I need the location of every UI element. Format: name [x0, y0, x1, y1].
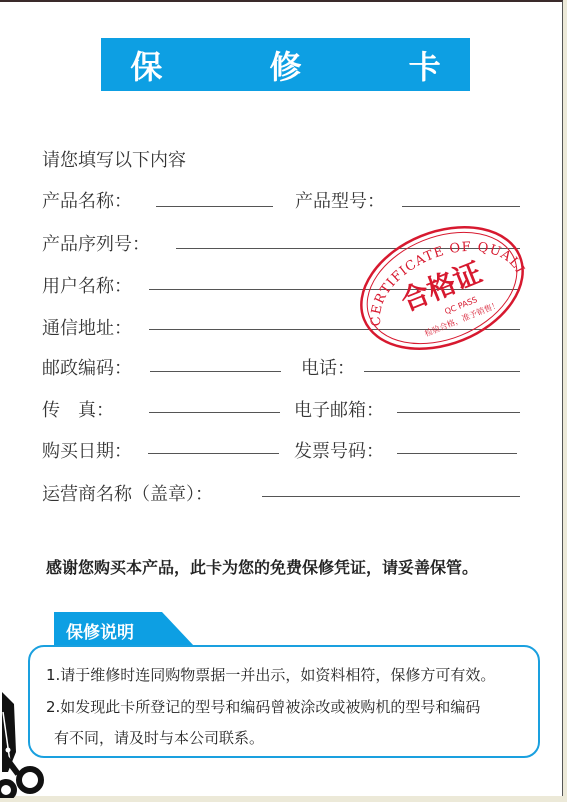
- product-name-label: 产品名称：: [42, 187, 132, 213]
- serial-number-label: 产品序列号：: [42, 230, 150, 256]
- address-label: 通信地址：: [42, 314, 132, 340]
- postal-code-field[interactable]: [150, 371, 281, 372]
- product-model-field[interactable]: [402, 206, 520, 207]
- email-field[interactable]: [397, 412, 520, 413]
- notes-tab: 保修说明: [54, 612, 194, 646]
- postal-code-label: 邮政编码：: [42, 354, 132, 380]
- fax-label: 传 真：: [42, 396, 114, 422]
- scissors-icon: [0, 692, 50, 802]
- email-label: 电子邮箱：: [294, 396, 384, 422]
- operator-name-label: 运营商名称（盖章）：: [42, 480, 213, 506]
- operator-name-field[interactable]: [262, 496, 520, 497]
- page-title: 保 修 卡: [130, 42, 488, 88]
- note-item: 有不同，请及时与本公司联系。: [54, 727, 264, 748]
- purchase-date-label: 购买日期：: [42, 437, 132, 463]
- invoice-number-label: 发票号码：: [294, 437, 384, 463]
- title-banner: 保 修 卡: [101, 38, 470, 91]
- user-name-label: 用户名称：: [42, 272, 132, 298]
- qualification-stamp: CERTIFICATE OF QUALIFICATION 合格证 QC PASS…: [353, 224, 531, 356]
- product-name-field[interactable]: [156, 206, 273, 207]
- fax-field[interactable]: [149, 412, 280, 413]
- phone-field[interactable]: [364, 371, 520, 372]
- thanks-message: 感谢您购买本产品，此卡为您的免费保修凭证，请妥善保管。: [46, 555, 478, 578]
- stamp-icon: CERTIFICATE OF QUALIFICATION 合格证 QC PASS…: [353, 224, 531, 352]
- invoice-number-field[interactable]: [397, 453, 517, 454]
- phone-label: 电话：: [301, 354, 355, 380]
- warranty-card: 保 修 卡 请您填写以下内容 产品名称： 产品型号： 产品序列号： 用户名称： …: [0, 0, 563, 796]
- note-item: 2.如发现此卡所登记的型号和编码曾被涂改或被购机的型号和编码: [46, 696, 480, 717]
- warranty-notes-box: 1.请于维修时连同购物票据一并出示，如资料相符，保修方可有效。 2.如发现此卡所…: [28, 645, 540, 758]
- intro-text: 请您填写以下内容: [42, 146, 186, 172]
- note-item: 1.请于维修时连同购物票据一并出示，如资料相符，保修方可有效。: [46, 664, 495, 685]
- notes-title: 保修说明: [66, 618, 134, 643]
- purchase-date-field[interactable]: [148, 453, 279, 454]
- product-model-label: 产品型号：: [295, 187, 385, 213]
